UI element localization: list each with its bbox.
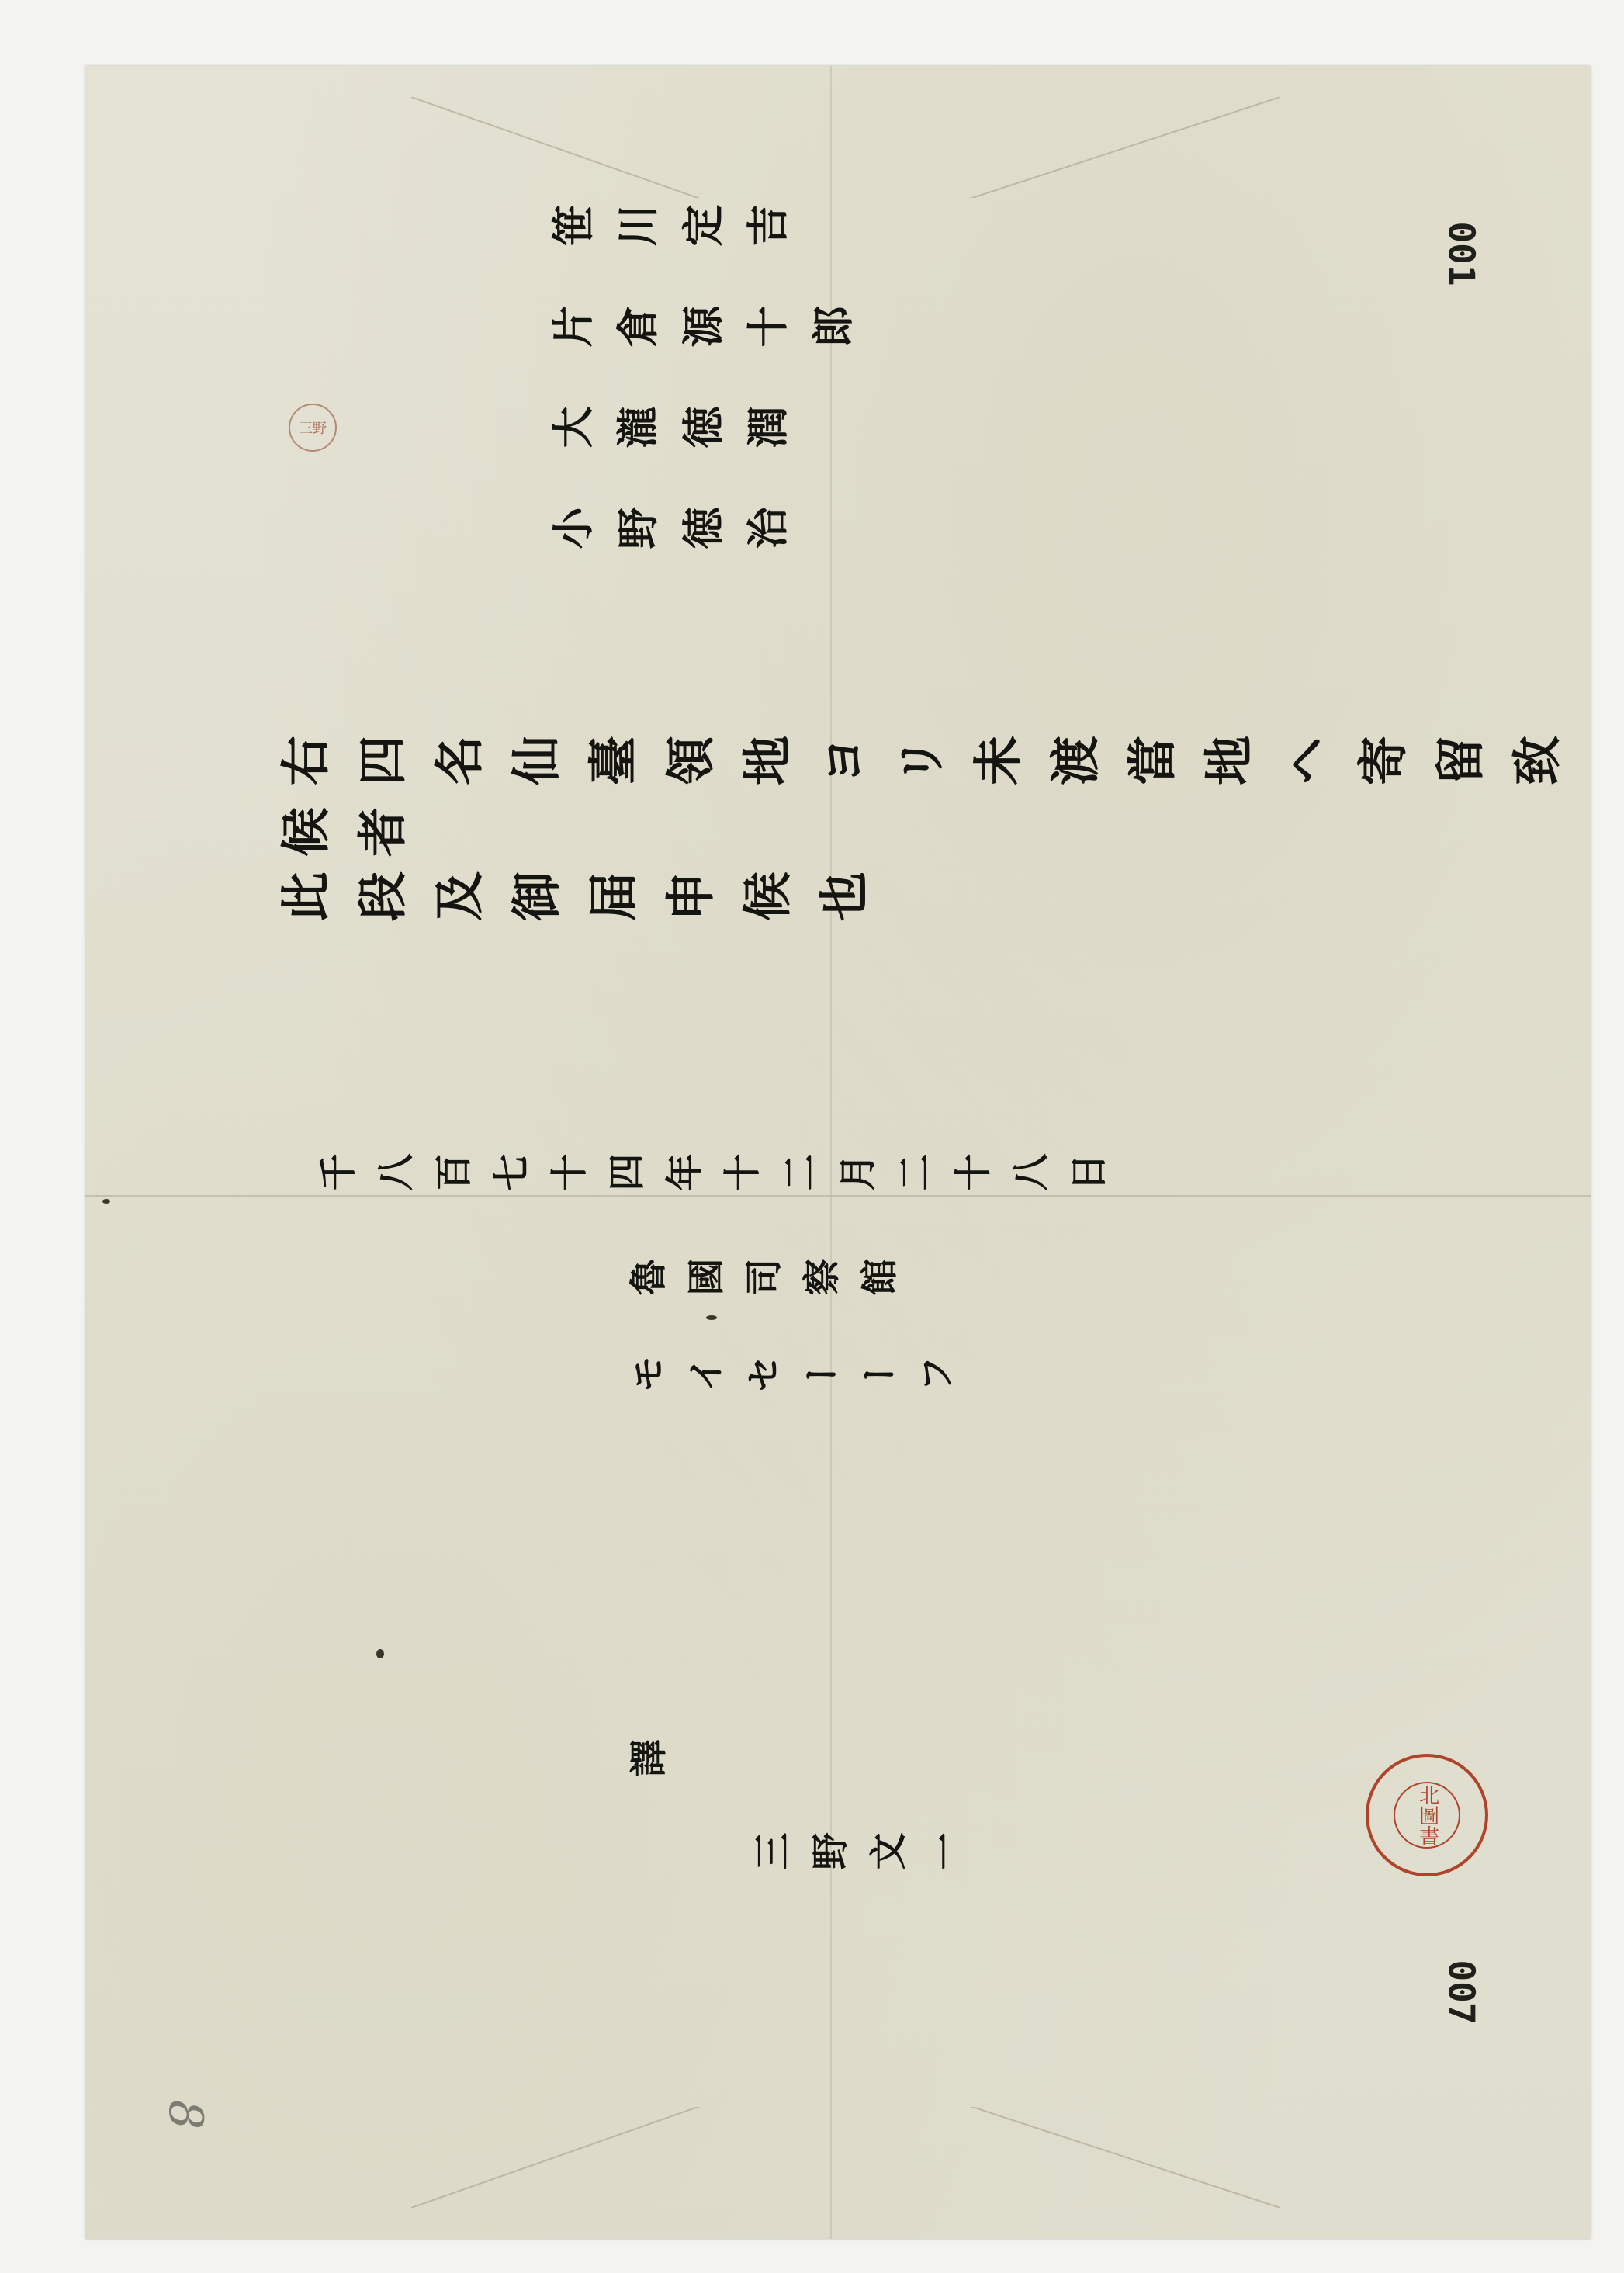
pencil-page-number: 8 xyxy=(158,2100,213,2129)
date-line: 千八百七十四年十二月二十八日 xyxy=(318,1149,1127,1202)
body-line-2: 此段及御届申候也 xyxy=(279,865,895,937)
name-4: 小野徳治 xyxy=(551,501,811,560)
library-seal-inner: 北圖書 xyxy=(1394,1782,1460,1849)
translator-seal: 三野 xyxy=(289,404,337,452)
catalog-number-top: 001 xyxy=(1441,221,1483,286)
name-2: 片倉源十郎 xyxy=(551,299,876,359)
consulate-name: 魯國司察館 xyxy=(628,1253,917,1307)
name-1: 笹川定吉 xyxy=(551,198,811,258)
signer-name: モイセーーフ xyxy=(628,1350,975,1404)
rotated-document-content: 笹川定吉 片倉源十郎 大瀧徳潤 小野徳治 右四名仙臺領地ヨリ未渡當地ヘ寄留致候者… xyxy=(85,66,1591,2239)
library-seal: 北圖書 xyxy=(1366,1754,1488,1876)
catalog-number-bottom: 007 xyxy=(1441,1959,1483,2024)
body-line-1: 右四名仙臺領地ヨリ未渡當地ヘ寄留致候者 xyxy=(279,729,1591,872)
name-3: 大瀧徳潤 xyxy=(551,400,811,459)
translator-name: 三野文一 xyxy=(753,1828,984,1881)
translator-label: 譯 xyxy=(628,1734,686,1788)
